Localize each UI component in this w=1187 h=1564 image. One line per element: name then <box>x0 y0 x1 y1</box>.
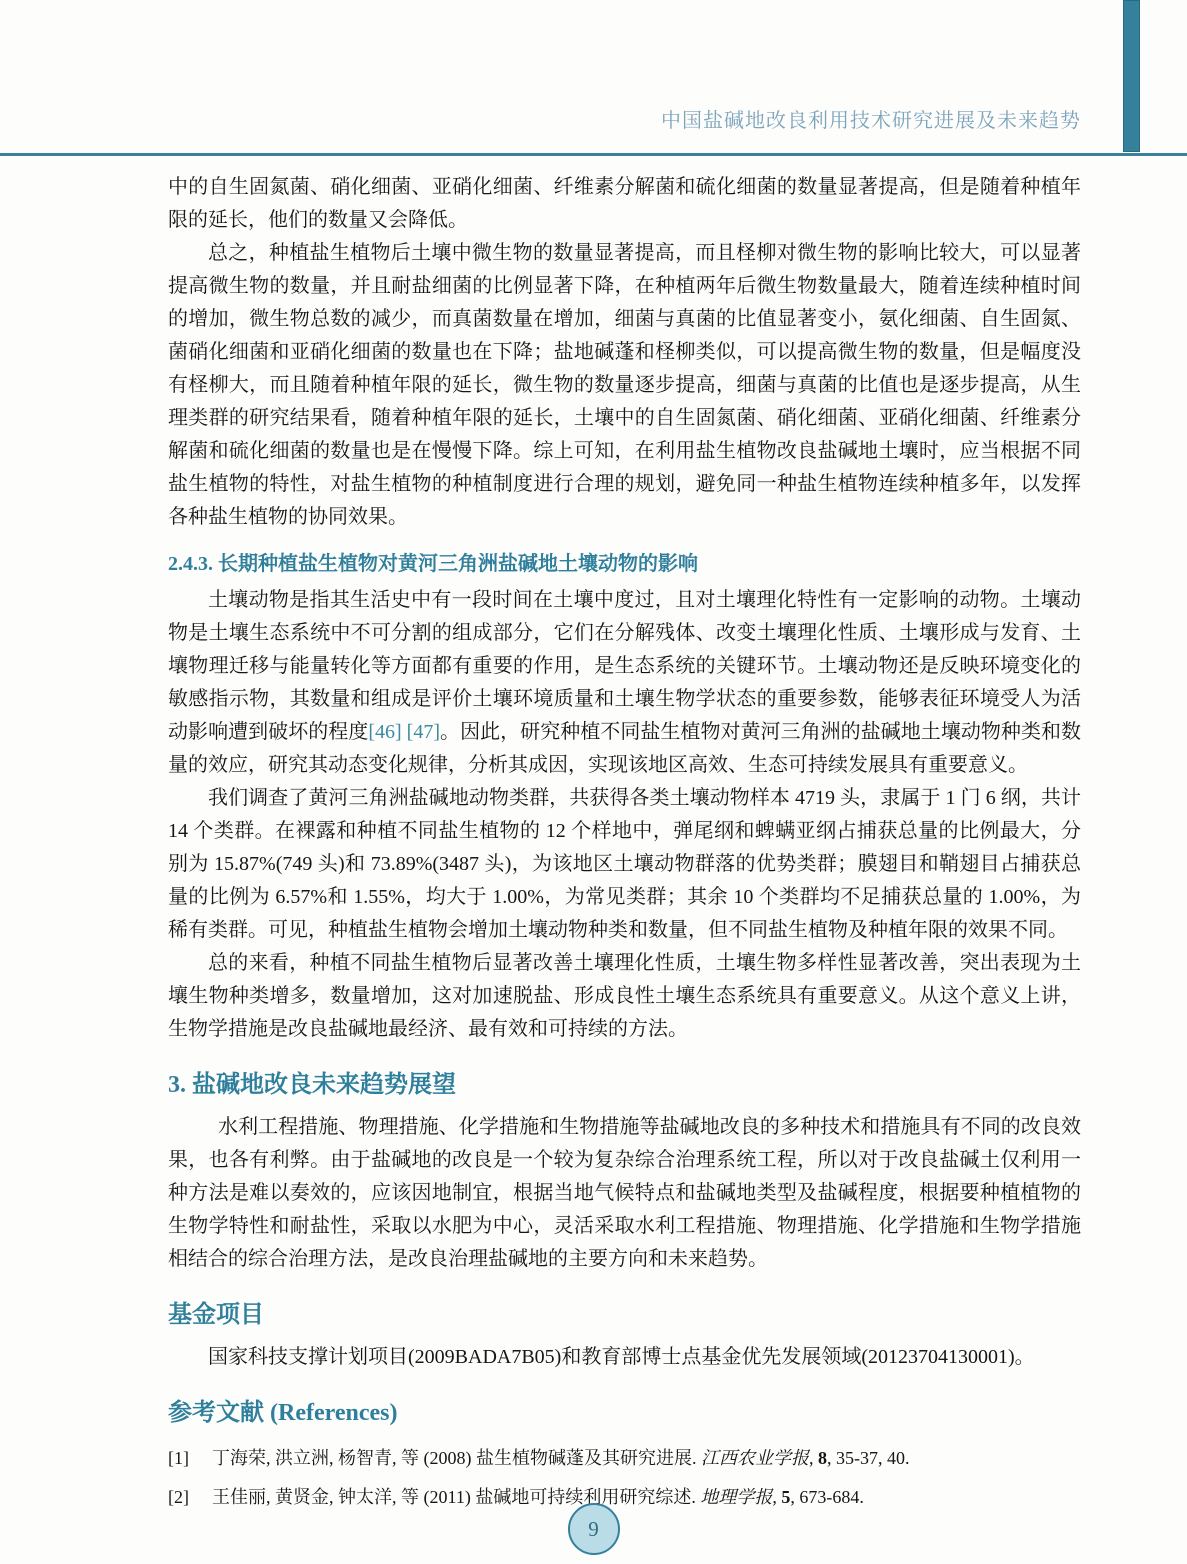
page-number: 9 <box>588 1517 599 1542</box>
reference-journal: 地理学报 <box>700 1487 772 1507</box>
body-paragraph-microbe-summary: 总之，种植盐生植物后土壤中微生物的数量显著提高，而且柽柳对微生物的影响比较大，可… <box>168 237 1081 534</box>
reference-index: [1] <box>168 1439 212 1478</box>
body-paragraph-soil-animal: 土壤动物是指其生活史中有一段时间在土壤中度过，且对土壤理化特性有一定影响的动物。… <box>168 584 1081 782</box>
corner-accent-bar <box>1123 0 1140 152</box>
reference-authors: 丁海荣, 洪立洲, 杨智青, 等 (2008) 盐生植物碱蓬及其研究进展. <box>212 1448 701 1468</box>
page-number-badge: 9 <box>568 1503 620 1555</box>
reference-index: [2] <box>168 1478 212 1517</box>
citation-links-46-47[interactable]: [46] [47] <box>368 721 440 743</box>
reference-pages: , 673-684. <box>790 1487 864 1507</box>
body-paragraph-continuation: 中的自生固氮菌、硝化细菌、亚硝化细菌、纤维素分解菌和硫化细菌的数量显著提高，但是… <box>168 171 1081 237</box>
reference-authors: 王佳丽, 黄贤金, 钟太洋, 等 (2011) 盐碱地可持续利用研究综述. <box>212 1487 700 1507</box>
reference-volume: 8 <box>818 1448 827 1468</box>
references-list: [1] 丁海荣, 洪立洲, 杨智青, 等 (2008) 盐生植物碱蓬及其研究进展… <box>168 1439 1081 1517</box>
subsection-heading-2-4-3: 2.4.3. 长期种植盐生植物对黄河三角洲盐碱地土壤动物的影响 <box>168 547 1081 576</box>
reference-item: [2] 王佳丽, 黄贤金, 钟太洋, 等 (2011) 盐碱地可持续利用研究综述… <box>168 1478 1081 1517</box>
body-paragraph-survey: 我们调查了黄河三角洲盐碱地动物类群，共获得各类土壤动物样本 4719 头，隶属于… <box>168 782 1081 947</box>
paper-page: 中国盐碱地改良利用技术研究进展及未来趋势 中的自生固氮菌、硝化细菌、亚硝化细菌、… <box>0 0 1187 1564</box>
funding-paragraph: 国家科技支撑计划项目(2009BADA7B05)和教育部博士点基金优先发展领域(… <box>168 1341 1081 1374</box>
reference-pages: , 35-37, 40. <box>827 1448 910 1468</box>
section-heading-3: 3. 盐碱地改良未来趋势展望 <box>168 1064 1081 1099</box>
body-paragraph-future-trends: 水利工程措施、物理措施、化学措施和生物措施等盐碱地改良的多种技术和措施具有不同的… <box>168 1111 1081 1276</box>
reference-journal: 江西农业学报 <box>701 1448 809 1468</box>
page-content: 中的自生固氮菌、硝化细菌、亚硝化细菌、纤维素分解菌和硫化细菌的数量显著提高，但是… <box>168 171 1081 1517</box>
reference-volume: 5 <box>781 1487 790 1507</box>
reference-separator: , <box>809 1448 818 1468</box>
soil-animal-text-before: 土壤动物是指其生活史中有一段时间在土壤中度过，且对土壤理化特性有一定影响的动物。… <box>168 589 1081 743</box>
header-divider-rule <box>0 153 1187 156</box>
references-heading: 参考文献 (References) <box>168 1392 1081 1427</box>
running-header-title: 中国盐碱地改良利用技术研究进展及未来趋势 <box>661 104 1081 133</box>
reference-text: 丁海荣, 洪立洲, 杨智青, 等 (2008) 盐生植物碱蓬及其研究进展. 江西… <box>212 1439 1081 1478</box>
body-paragraph-overall: 总的来看，种植不同盐生植物后显著改善土壤理化性质，土壤生物多样性显著改善，突出表… <box>168 947 1081 1046</box>
reference-item: [1] 丁海荣, 洪立洲, 杨智青, 等 (2008) 盐生植物碱蓬及其研究进展… <box>168 1439 1081 1478</box>
reference-separator: , <box>772 1487 781 1507</box>
funding-heading: 基金项目 <box>168 1294 1081 1329</box>
reference-text: 王佳丽, 黄贤金, 钟太洋, 等 (2011) 盐碱地可持续利用研究综述. 地理… <box>212 1478 1081 1517</box>
